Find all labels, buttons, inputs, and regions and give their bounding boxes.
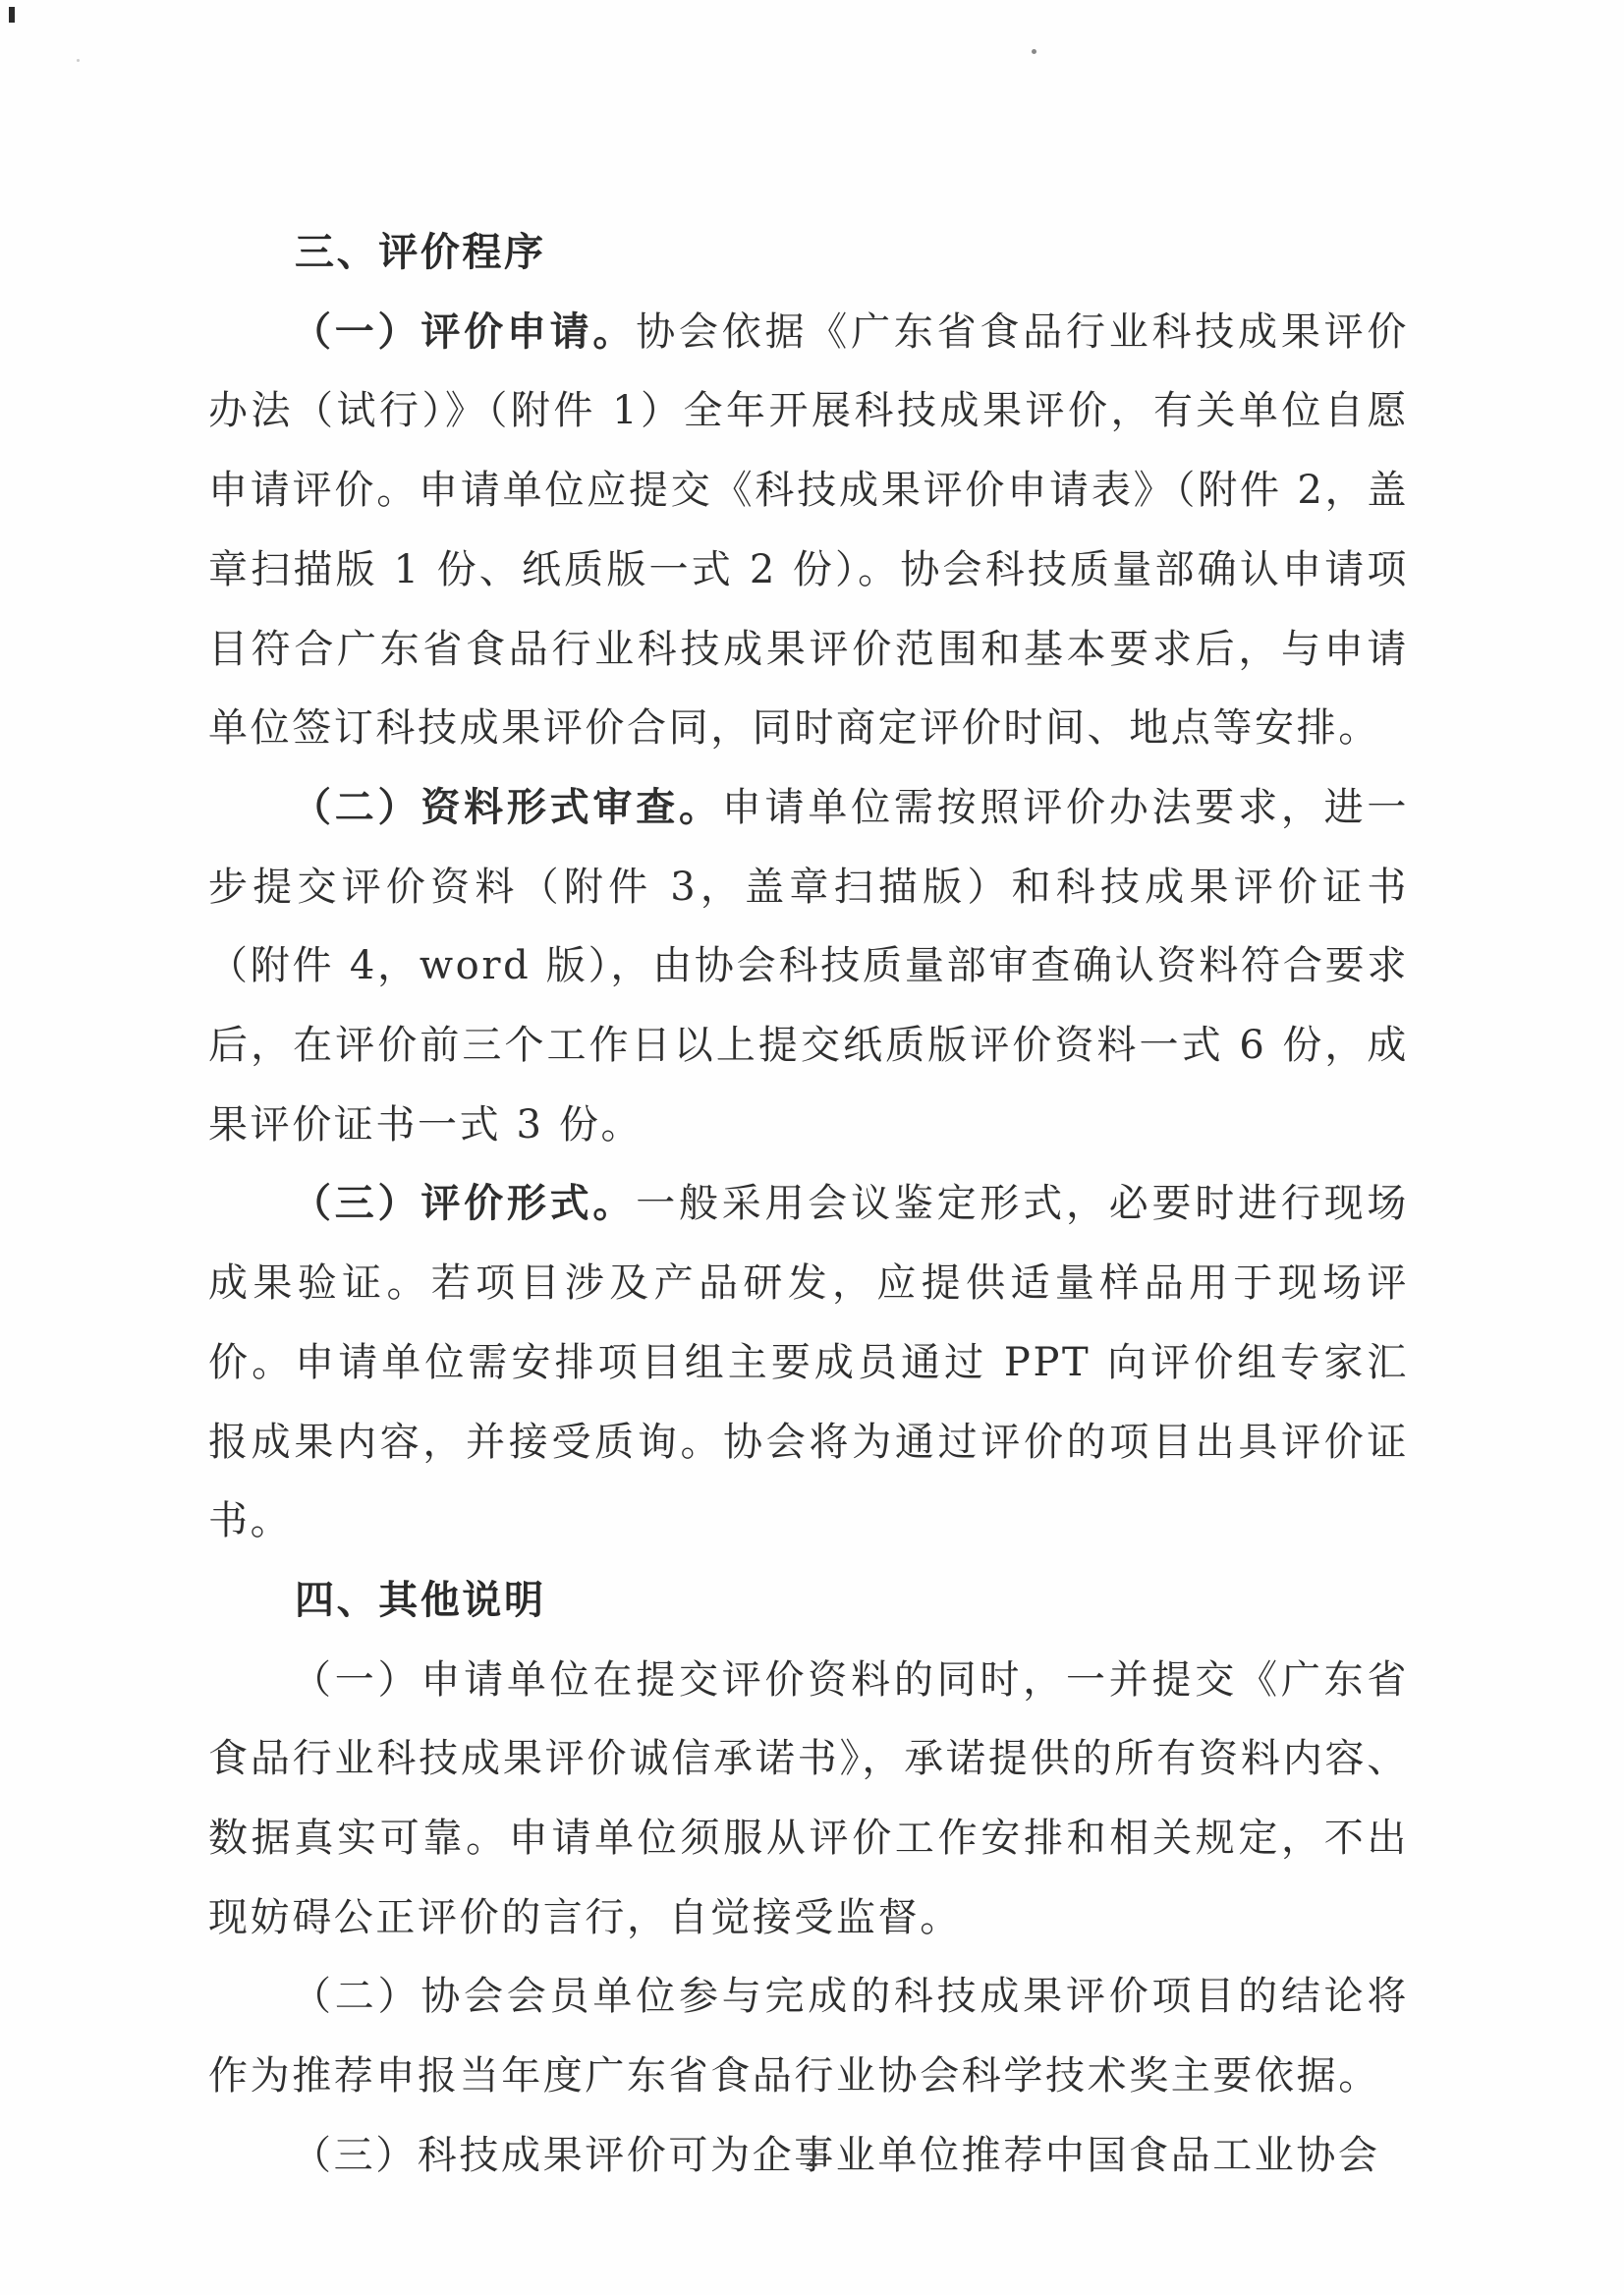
scan-speck — [77, 59, 80, 62]
paragraph-text: 协会依据《广东省食品行业科技成果评价办法（试行）》（附件 1）全年开展科技成果评… — [208, 309, 1409, 752]
paragraph-lead: （三）评价形式。 — [292, 1181, 636, 1226]
section-heading-other-notes: 四、其他说明 — [208, 1561, 1409, 1641]
section-heading-evaluation-procedure: 三、评价程序 — [208, 213, 1409, 293]
paragraph-member-units: （二）协会会员单位参与完成的科技成果评价项目的结论将作为推荐申报当年度广东省食品… — [208, 1957, 1409, 2115]
paragraph-lead: （一）评价申请。 — [292, 309, 636, 355]
page-number: 2 — [0, 2144, 1624, 2173]
paragraph-text: 一般采用会议鉴定形式，必要时进行现场成果验证。若项目涉及产品研发，应提供适量样品… — [208, 1181, 1409, 1543]
paragraph-evaluation-format: （三）评价形式。一般采用会议鉴定形式，必要时进行现场成果验证。若项目涉及产品研发… — [208, 1164, 1409, 1561]
paragraph-lead: （二）资料形式审查。 — [292, 785, 722, 830]
document-page: 三、评价程序 （一）评价申请。协会依据《广东省食品行业科技成果评价办法（试行）》… — [0, 0, 1624, 2295]
paragraph-text: （一）申请单位在提交评价资料的同时，一并提交《广东省食品行业科技成果评价诚信承诺… — [208, 1657, 1409, 1940]
document-body: 三、评价程序 （一）评价申请。协会依据《广东省食品行业科技成果评价办法（试行）》… — [208, 213, 1409, 2196]
paragraph-document-review: （二）资料形式审查。申请单位需按照评价办法要求，进一步提交评价资料（附件 3，盖… — [208, 768, 1409, 1165]
paragraph-text: 申请单位需按照评价办法要求，进一步提交评价资料（附件 3，盖章扫描版）和科技成果… — [208, 785, 1409, 1147]
scan-artifact-mark — [9, 7, 15, 23]
paragraph-integrity-commitment: （一）申请单位在提交评价资料的同时，一并提交《广东省食品行业科技成果评价诚信承诺… — [208, 1641, 1409, 1958]
scan-speck — [1032, 49, 1036, 54]
paragraph-evaluation-application: （一）评价申请。协会依据《广东省食品行业科技成果评价办法（试行）》（附件 1）全… — [208, 293, 1409, 768]
paragraph-text: （二）协会会员单位参与完成的科技成果评价项目的结论将作为推荐申报当年度广东省食品… — [208, 1974, 1409, 2099]
